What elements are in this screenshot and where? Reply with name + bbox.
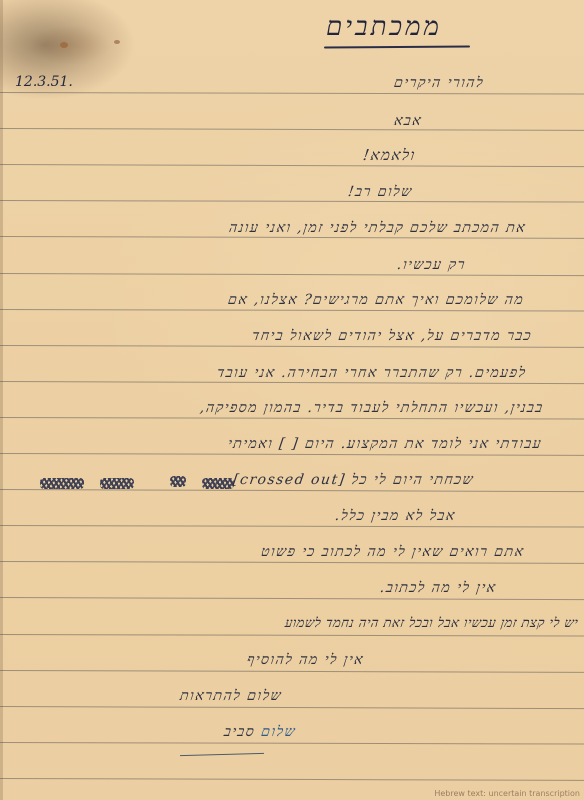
crossed-out-word bbox=[170, 476, 186, 487]
body-line-13: אין לי מה להוסיף bbox=[246, 652, 365, 669]
closing-line: שלום להתראות bbox=[179, 688, 283, 705]
salutation-line-4: שלום רב! bbox=[346, 184, 413, 201]
crossed-out-word bbox=[202, 478, 234, 489]
body-line-5: לפעמים. רק שהתברר אחרי הבחירה. אני עובד bbox=[215, 365, 527, 382]
body-line-3: מה שלומכם ואיך אתם מרגישים? אצלנו, אם bbox=[227, 292, 526, 309]
signature-first-word-blue-ink: שלום bbox=[260, 724, 297, 740]
letter-date: 12.3.51. bbox=[15, 74, 73, 90]
body-line-11: אין לי מה לכתוב. bbox=[378, 580, 497, 597]
crossed-out-word bbox=[40, 478, 84, 489]
salutation-line-1: להורי היקרים bbox=[393, 75, 485, 92]
body-line-8: שכחתי היום לי כל [crossed out] bbox=[232, 472, 475, 489]
signature-rest: סביב bbox=[223, 724, 256, 740]
body-line-6: בבנין, ועכשיו התחלתי לעבוד בדיר. בהמון מ… bbox=[199, 400, 545, 417]
crossed-out-word bbox=[100, 478, 134, 489]
body-line-4: כבר מדברים על, אצל יהודים לשאול ביחד bbox=[251, 328, 533, 345]
paper-left-edge bbox=[0, 0, 3, 800]
body-line-1: את המכתב שלכם קבלתי לפני זמן, ואני עונה bbox=[228, 220, 527, 237]
body-line-7: עבודתי אני לומד את המקצוע. היום [ ] ואמי… bbox=[227, 436, 543, 453]
body-line-9: אבל לא מבין כלל. bbox=[334, 508, 457, 525]
body-line-12: יש לי קצת זמן עכשיו אבל ובכל זאת היה נחמ… bbox=[284, 615, 579, 631]
body-line-10: אתם רואים שאין לי מה לכתוב כי פשוט bbox=[259, 544, 525, 561]
ink-speck bbox=[60, 42, 68, 48]
body-line-2: רק עכשיו. bbox=[396, 257, 467, 274]
transcription-uncertainty-note: Hebrew text: uncertain transcription bbox=[434, 789, 580, 798]
letter-title: ממכתבים bbox=[326, 12, 442, 42]
salutation-line-2: אבא bbox=[393, 113, 423, 130]
salutation-line-3: ולאמא! bbox=[362, 146, 417, 165]
signature: שלום סביב bbox=[223, 724, 297, 741]
ink-speck bbox=[114, 40, 120, 44]
